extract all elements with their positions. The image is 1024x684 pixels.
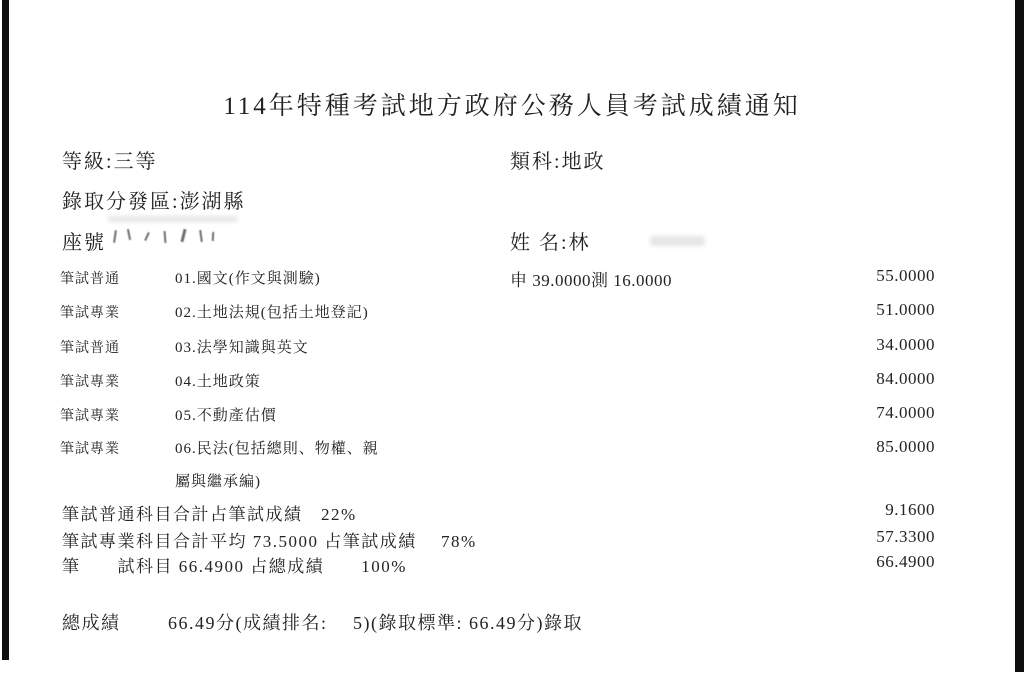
summary-score: 9.1600 <box>885 500 935 520</box>
seat-label: 座號 <box>62 232 106 254</box>
grade-value: 三等 <box>114 151 158 173</box>
category-value: 地政 <box>562 151 606 173</box>
summary-text: 筆 試科目 66.4900 占總成績 100% <box>62 552 407 577</box>
district-label: 錄取分發區: <box>62 191 180 213</box>
district-field: 錄取分發區:澎湖縣 <box>62 185 246 214</box>
row-score: 74.0000 <box>876 403 935 423</box>
row-type: 筆試專業 <box>60 302 120 322</box>
summary-text: 筆試專業科目合計平均 73.5000 占筆試成績 78% <box>62 527 477 552</box>
redaction-smudge <box>108 216 238 222</box>
name-value: 林 <box>569 232 591 254</box>
row-subject: 05.不動產估價 <box>175 404 277 425</box>
row-score: 85.0000 <box>876 437 935 457</box>
name-field: 姓 名:林 <box>510 226 591 255</box>
row-score: 84.0000 <box>876 369 935 389</box>
row-type: 筆試專業 <box>60 405 120 425</box>
seat-number-illegible <box>112 228 262 246</box>
row-score: 51.0000 <box>876 300 935 320</box>
row-score: 55.0000 <box>876 266 935 286</box>
category-label: 類科: <box>510 151 562 173</box>
row-subject: 01.國文(作文與測驗) <box>175 267 321 288</box>
total-label: 總成績 <box>62 609 121 635</box>
document-title: 114年特種考試地方政府公務人員考試成績通知 <box>0 86 1024 122</box>
row-type: 筆試專業 <box>60 438 120 458</box>
summary-text: 筆試普通科目合計占筆試成績 22% <box>62 500 357 525</box>
district-value: 澎湖縣 <box>180 191 246 213</box>
row-type: 筆試普通 <box>60 268 120 288</box>
row-type: 筆試普通 <box>60 337 120 357</box>
row-score: 34.0000 <box>876 335 935 355</box>
seat-field: 座號 <box>62 226 106 255</box>
name-label: 姓 名: <box>510 232 569 254</box>
row-subject: 03.法學知識與英文 <box>175 336 309 357</box>
grade-label: 等級: <box>62 151 114 173</box>
grade-field: 等級:三等 <box>62 145 158 174</box>
summary-score: 57.3300 <box>876 527 935 547</box>
row-subject: 04.土地政策 <box>175 370 261 391</box>
name-redaction-smudge <box>650 236 705 246</box>
row-detail: 申 39.0000測 16.0000 <box>510 266 672 291</box>
total-value: 66.49分(成績排名: 5)(錄取標準: 66.49分)錄取 <box>168 609 583 635</box>
summary-score: 66.4900 <box>876 552 935 572</box>
score-notice-document: 114年特種考試地方政府公務人員考試成績通知 等級:三等 類科:地政 錄取分發區… <box>0 0 1024 684</box>
category-field: 類科:地政 <box>510 145 606 174</box>
row-subject: 02.土地法規(包括土地登記) <box>175 301 369 322</box>
row-type: 筆試專業 <box>60 371 120 391</box>
row-subject-line2: 屬與繼承編) <box>175 470 261 491</box>
row-subject: 06.民法(包括總則、物權、親 <box>175 437 379 458</box>
